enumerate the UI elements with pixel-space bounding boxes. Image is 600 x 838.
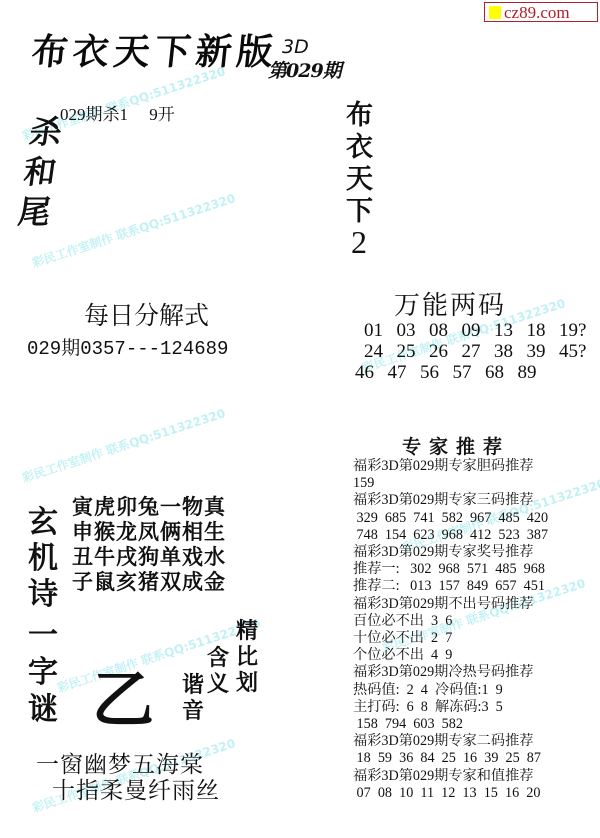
expert-line: 07 08 10 11 12 13 15 16 20	[353, 785, 548, 802]
hint-char: 精	[236, 618, 258, 644]
expert-line: 福彩3D第029期专家奖号推荐	[353, 544, 548, 561]
pair: 03	[397, 320, 430, 341]
pair: 09	[462, 320, 495, 341]
expert-line: 福彩3D第029期冷热号码推荐	[353, 664, 548, 681]
riddle-answer-char: 乙	[92, 650, 154, 739]
pair: 46	[355, 362, 388, 383]
pair: 13	[494, 320, 527, 341]
label-char: 衣	[346, 132, 373, 164]
pair: 27	[462, 341, 495, 362]
pair: 26	[429, 341, 462, 362]
site-badge-text: cz89.com	[504, 4, 570, 21]
pair: 56	[420, 362, 453, 383]
riddle-hint: 含 义	[207, 645, 229, 697]
poem-line: 申猴龙凤俩相生	[72, 519, 226, 544]
expert-line: 158 794 603 582	[353, 716, 548, 733]
kill-tail-label: 杀 和 尾	[16, 112, 65, 232]
label-char: 谜	[28, 691, 58, 728]
label-char: 一	[28, 617, 58, 654]
universal-pairs-grid: 01 03 08 09 13 18 19? 24 25 26 27 38 39 …	[355, 320, 592, 383]
pairs-row: 46 47 56 57 68 89	[355, 362, 592, 383]
mystery-poem-label: 玄 机 诗	[28, 505, 58, 613]
watermark: 彩民工作室制作 联系QQ:511322320	[30, 189, 237, 271]
hint-char: 谐	[182, 672, 204, 698]
pair: 89	[518, 362, 551, 383]
couplet-line: 十指柔曼纤雨丝	[52, 772, 220, 805]
page-title: 布衣天下新版	[29, 24, 280, 75]
expert-line: 推荐二: 013 157 849 657 451	[353, 578, 548, 595]
label-char: 布	[346, 100, 373, 132]
pair: 24	[364, 341, 397, 362]
poem-line: 寅虎卯兔一物真	[72, 494, 226, 519]
label-char: 尾	[16, 192, 54, 232]
yellow-square-icon	[489, 6, 501, 19]
expert-line: 159	[353, 475, 548, 492]
pair: 18	[527, 320, 560, 341]
expert-line: 748 154 623 968 412 523 387	[353, 527, 548, 544]
buyi-number: 2	[351, 224, 367, 261]
riddle-hint: 精 比 划	[236, 618, 258, 696]
pair: 38	[494, 341, 527, 362]
kill-tail-line: 029期杀1 9开	[60, 100, 175, 125]
label-char: 和	[21, 152, 59, 192]
label-char: 机	[28, 541, 58, 577]
buyi-label: 布 衣 天 下	[346, 100, 373, 228]
label-char: 玄	[28, 505, 58, 541]
expert-title: 专家推荐	[402, 432, 510, 459]
expert-line: 福彩3D第029期专家二码推荐	[353, 733, 548, 750]
lottery-type: 3D	[282, 36, 309, 58]
watermark: 彩民工作室制作 联系QQ:511322320	[20, 404, 227, 486]
expert-line: 主打码: 6 8 解冻码:3 5	[353, 699, 548, 716]
expert-line: 福彩3D第029期不出号码推荐	[353, 596, 548, 613]
mystery-poem: 寅虎卯兔一物真 申猴龙凤俩相生 丑牛戌狗单戏水 子鼠亥猪双成金	[72, 494, 226, 594]
label-char: 诗	[28, 577, 58, 613]
pairs-row: 24 25 26 27 38 39 45?	[355, 341, 592, 362]
expert-line: 福彩3D第029期专家和值推荐	[353, 768, 548, 785]
expert-line: 个位必不出 4 9	[353, 647, 548, 664]
pair: 19?	[559, 320, 592, 341]
expert-line: 福彩3D第029期专家胆码推荐	[353, 458, 548, 475]
pair: 08	[429, 320, 462, 341]
daily-decomposition-line: 029期0357---124689	[27, 333, 228, 360]
pair: 25	[397, 341, 430, 362]
pair: 47	[388, 362, 421, 383]
hint-char: 义	[207, 671, 229, 697]
issue-number: 第029期	[268, 56, 341, 83]
pair: 68	[485, 362, 518, 383]
hint-char: 含	[207, 645, 229, 671]
riddle-label: 一 字 谜	[28, 617, 58, 728]
expert-line: 18 59 36 84 25 16 39 25 87	[353, 750, 548, 767]
expert-list: 福彩3D第029期专家胆码推荐 159 福彩3D第029期专家三码推荐 329 …	[353, 458, 548, 802]
daily-decomposition-title: 每日分解式	[84, 296, 209, 332]
expert-line: 百位必不出 3 6	[353, 613, 548, 630]
poem-line: 子鼠亥猪双成金	[72, 569, 226, 594]
riddle-hint: 谐 音	[182, 672, 204, 724]
pair: 01	[364, 320, 397, 341]
site-badge[interactable]: cz89.com	[484, 2, 598, 22]
pair: 45?	[559, 341, 592, 362]
pair: 39	[527, 341, 560, 362]
pairs-row: 01 03 08 09 13 18 19?	[355, 320, 592, 341]
label-char: 天	[346, 164, 373, 196]
expert-line: 十位必不出 2 7	[353, 630, 548, 647]
hint-char: 音	[182, 698, 204, 724]
universal-pairs-title: 万能两码	[394, 285, 506, 322]
hint-char: 划	[236, 670, 258, 696]
expert-line: 热码值: 2 4 冷码值:1 9	[353, 682, 548, 699]
watermark: 彩民工作室制作 联系QQ:511322320	[55, 614, 262, 696]
expert-line: 329 685 741 582 967 485 420	[353, 510, 548, 527]
expert-line: 福彩3D第029期专家三码推荐	[353, 492, 548, 509]
label-char: 杀	[27, 112, 65, 152]
label-char: 字	[28, 654, 58, 691]
pair: 57	[453, 362, 486, 383]
hint-char: 比	[236, 644, 258, 670]
expert-line: 推荐一: 302 968 571 485 968	[353, 561, 548, 578]
poem-line: 丑牛戌狗单戏水	[72, 544, 226, 569]
